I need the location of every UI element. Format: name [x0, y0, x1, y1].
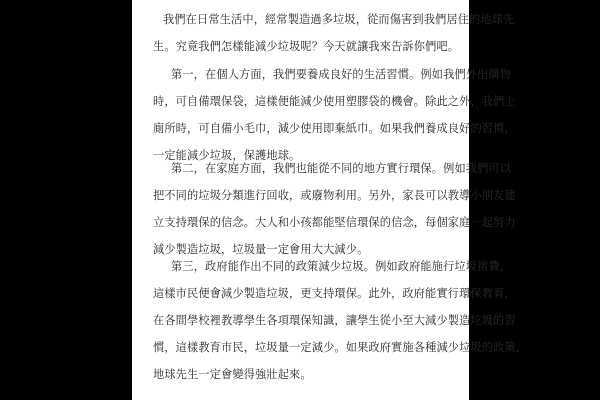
text-line: 生。究竟我們怎樣能減少垃圾呢？今天就讓我來告訴你們吧。 [153, 37, 459, 57]
text-line: 第三，政府能作出不同的政策減少垃圾。例如政府能施行垃圾徵費， [171, 257, 511, 277]
text-line: 第一，在個人方面，我們要養成良好的生活習慣。例如我們外出購物 [171, 65, 511, 85]
document-page: 我們在日常生活中，經常製造過多垃圾，從而傷害到我們居住的地球先 生。究竟我們怎樣… [132, 0, 469, 400]
text-line: 廁所時，可自備小毛巾，減少使用即棄紙巾。如果我們養成良好的習慣， [153, 119, 516, 139]
text-line: 這樣市民便會減少製造垃圾，更支持環保。此外，政府能實行環保教育， [153, 284, 516, 304]
text-line: 地球先生一定會變得強壯起來。 [153, 365, 312, 385]
text-line: 慣，這樣教育市民，垃圾量一定減少。如果政府實施各種減少垃圾的政策， [153, 338, 527, 358]
text-line: 第二，在家庭方面，我們也能從不同的地方實行環保。例如我們可以 [171, 159, 511, 179]
text-line: 我們在日常生活中，經常製造過多垃圾，從而傷害到我們居住的地球先 [163, 10, 514, 30]
text-line: 立支持環保的信念。大人和小孩都能堅信環保的信念，每個家庭一起努力 [153, 213, 516, 233]
text-line: 在各間學校裡教導學生各項環保知識，讓學生從小至大減少製造垃圾的習 [153, 311, 516, 331]
text-line: 把不同的垃圾分類進行回收，或廢物利用。另外，家長可以教導小朋友建 [153, 186, 516, 206]
text-line: 時，可自備環保袋，這樣便能減少使用塑膠袋的機會。除此之外，我們上 [153, 92, 516, 112]
